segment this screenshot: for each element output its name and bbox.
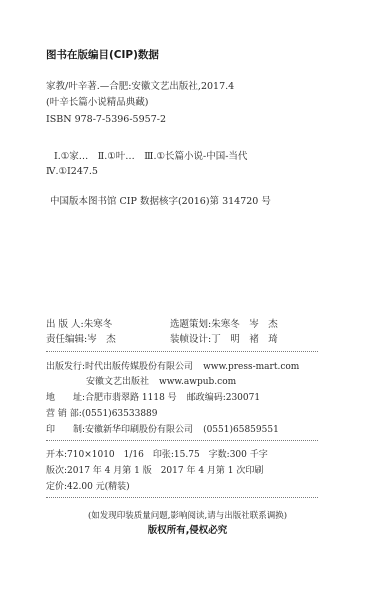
spec-price: 定价:42.00 元(精装) [46,481,130,493]
credit-value: 丁 明 褚 琦 [211,334,278,345]
address-line: 地 址:合肥市翡翠路 1118 号邮政编码:230071 [46,392,260,404]
marketing-label: 营 销 部: [46,409,82,419]
postcode-label: 邮政编码: [187,393,226,403]
press-line: 安徽文艺出版社www.awpub.com [86,376,236,388]
postcode-value: 230071 [226,393,260,403]
quality-notice: (如发现印装质量问题,影响阅读,请与出版社联系调换) [0,510,375,522]
spec-edition: 版次:2017 年 4 月第 1 版 2017 年 4 月第 1 次印刷 [46,465,263,477]
copyright-notice: 版权所有,侵权必究 [0,525,375,537]
marketing-line: 营 销 部:(0551)63533889 [46,408,158,420]
printer-name: 安徽新华印刷股份有限公司 [85,425,193,435]
distributor-name: 时代出版传媒股份有限公司 [85,362,193,372]
cip-line-series: (叶辛长篇小说精品典藏) [46,97,148,109]
spec-format: 开本:710×1010 1/16 印张:15.75 字数:300 千字 [46,449,268,461]
marketing-phone: (0551)63533889 [82,409,158,419]
distributor-line: 出版发行:时代出版传媒股份有限公司www.press-mart.com [46,361,299,373]
press-name: 安徽文艺出版社 [86,377,149,387]
cip-line-isbn: ISBN 978-7-5396-5957-2 [46,114,166,126]
credit-publisher-person: 出 版 人:朱寒冬 [46,319,112,331]
divider-dotted [46,497,318,498]
credit-value: 朱寒冬 [84,319,113,330]
printer-label: 印 制: [46,425,85,435]
divider-dotted [46,440,318,441]
credit-value: 岑 杰 [87,334,116,345]
printer-line: 印 制:安徽新华印刷股份有限公司(0551)65859551 [46,424,279,436]
divider-dotted [46,351,318,352]
address-label: 地 址: [46,393,85,403]
distributor-url: www.press-mart.com [203,362,299,372]
press-url: www.awpub.com [159,377,236,387]
credit-topic-planner: 选题策划:朱寒冬 岑 杰 [170,319,278,331]
cip-classification-1: Ⅰ.①家… Ⅱ.①叶… Ⅲ.①长篇小说-中国-当代 [54,151,247,163]
distributor-label: 出版发行: [46,362,85,372]
library-record: 中国版本图书馆 CIP 数据核字(2016)第 314720 号 [50,196,271,208]
address-value: 合肥市翡翠路 1118 号 [85,393,177,403]
cip-line-title: 家教/叶辛著.—合肥:安徽文艺出版社,2017.4 [46,81,234,93]
credit-designer: 装帧设计:丁 明 褚 琦 [170,334,278,346]
cip-heading: 图书在版编目(CIP)数据 [46,49,159,61]
cip-classification-2: Ⅳ.①I247.5 [46,166,98,178]
credit-label: 选题策划: [170,319,211,330]
credit-label: 装帧设计: [170,334,211,345]
credit-value: 朱寒冬 岑 杰 [211,319,278,330]
printer-phone: (0551)65859551 [203,425,279,435]
credit-label: 责任编辑: [46,334,87,345]
credit-editor: 责任编辑:岑 杰 [46,334,116,346]
credit-label: 出 版 人: [46,319,84,330]
